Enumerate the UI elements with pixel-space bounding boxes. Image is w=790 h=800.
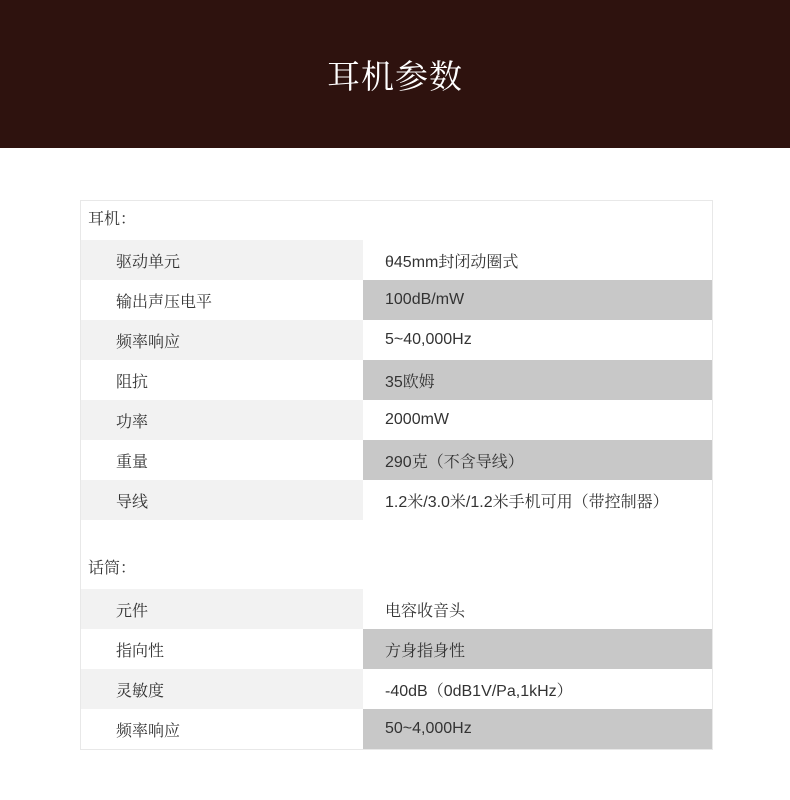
spec-row: 功率 2000mW [81, 400, 712, 440]
spec-value: 50~4,000Hz [363, 709, 712, 749]
spec-row: 指向性 方身指身性 [81, 629, 712, 669]
section-heading: 话筒： [81, 550, 712, 589]
spec-label: 导线 [81, 480, 363, 520]
spec-value: 5~40,000Hz [363, 320, 712, 360]
spec-row: 元件 电容收音头 [81, 589, 712, 629]
spec-value: -40dB（0dB1V/Pa,1kHz） [363, 669, 712, 709]
spec-row: 导线 1.2米/3.0米/1.2米手机可用（带控制器） [81, 480, 712, 520]
spec-value: 2000mW [363, 400, 712, 440]
page-header: 耳机参数 [0, 0, 790, 148]
spec-label: 功率 [81, 400, 363, 440]
spec-row: 输出声压电平 100dB/mW [81, 280, 712, 320]
spec-value: 1.2米/3.0米/1.2米手机可用（带控制器） [363, 480, 712, 520]
spec-value: θ45mm封闭动圈式 [363, 240, 712, 280]
spec-label: 输出声压电平 [81, 280, 363, 320]
spec-value: 290克（不含导线） [363, 440, 712, 480]
spec-label: 重量 [81, 440, 363, 480]
spec-value: 电容收音头 [363, 589, 712, 629]
spec-value: 100dB/mW [363, 280, 712, 320]
page-title: 耳机参数 [327, 51, 463, 98]
spec-row: 驱动单元 θ45mm封闭动圈式 [81, 240, 712, 280]
spec-label: 阻抗 [81, 360, 363, 400]
spec-row: 重量 290克（不含导线） [81, 440, 712, 480]
spec-label: 指向性 [81, 629, 363, 669]
spec-section: 耳机： 驱动单元 θ45mm封闭动圈式 输出声压电平 100dB/mW 频率响应… [81, 201, 712, 520]
spec-value: 方身指身性 [363, 629, 712, 669]
spec-label: 驱动单元 [81, 240, 363, 280]
spec-row: 频率响应 50~4,000Hz [81, 709, 712, 749]
spec-row: 频率响应 5~40,000Hz [81, 320, 712, 360]
spec-row: 灵敏度 -40dB（0dB1V/Pa,1kHz） [81, 669, 712, 709]
spec-row: 阻抗 35欧姆 [81, 360, 712, 400]
section-rows: 驱动单元 θ45mm封闭动圈式 输出声压电平 100dB/mW 频率响应 5~4… [81, 240, 712, 520]
spec-label: 频率响应 [81, 320, 363, 360]
spec-value: 35欧姆 [363, 360, 712, 400]
spec-label: 频率响应 [81, 709, 363, 749]
section-heading: 耳机： [81, 201, 712, 240]
section-rows: 元件 电容收音头 指向性 方身指身性 灵敏度 -40dB（0dB1V/Pa,1k… [81, 589, 712, 749]
spec-label: 元件 [81, 589, 363, 629]
spec-section: 话筒： 元件 电容收音头 指向性 方身指身性 灵敏度 -40dB（0dB1V/P… [81, 550, 712, 749]
spec-label: 灵敏度 [81, 669, 363, 709]
spec-panel: 耳机： 驱动单元 θ45mm封闭动圈式 输出声压电平 100dB/mW 频率响应… [80, 200, 713, 750]
